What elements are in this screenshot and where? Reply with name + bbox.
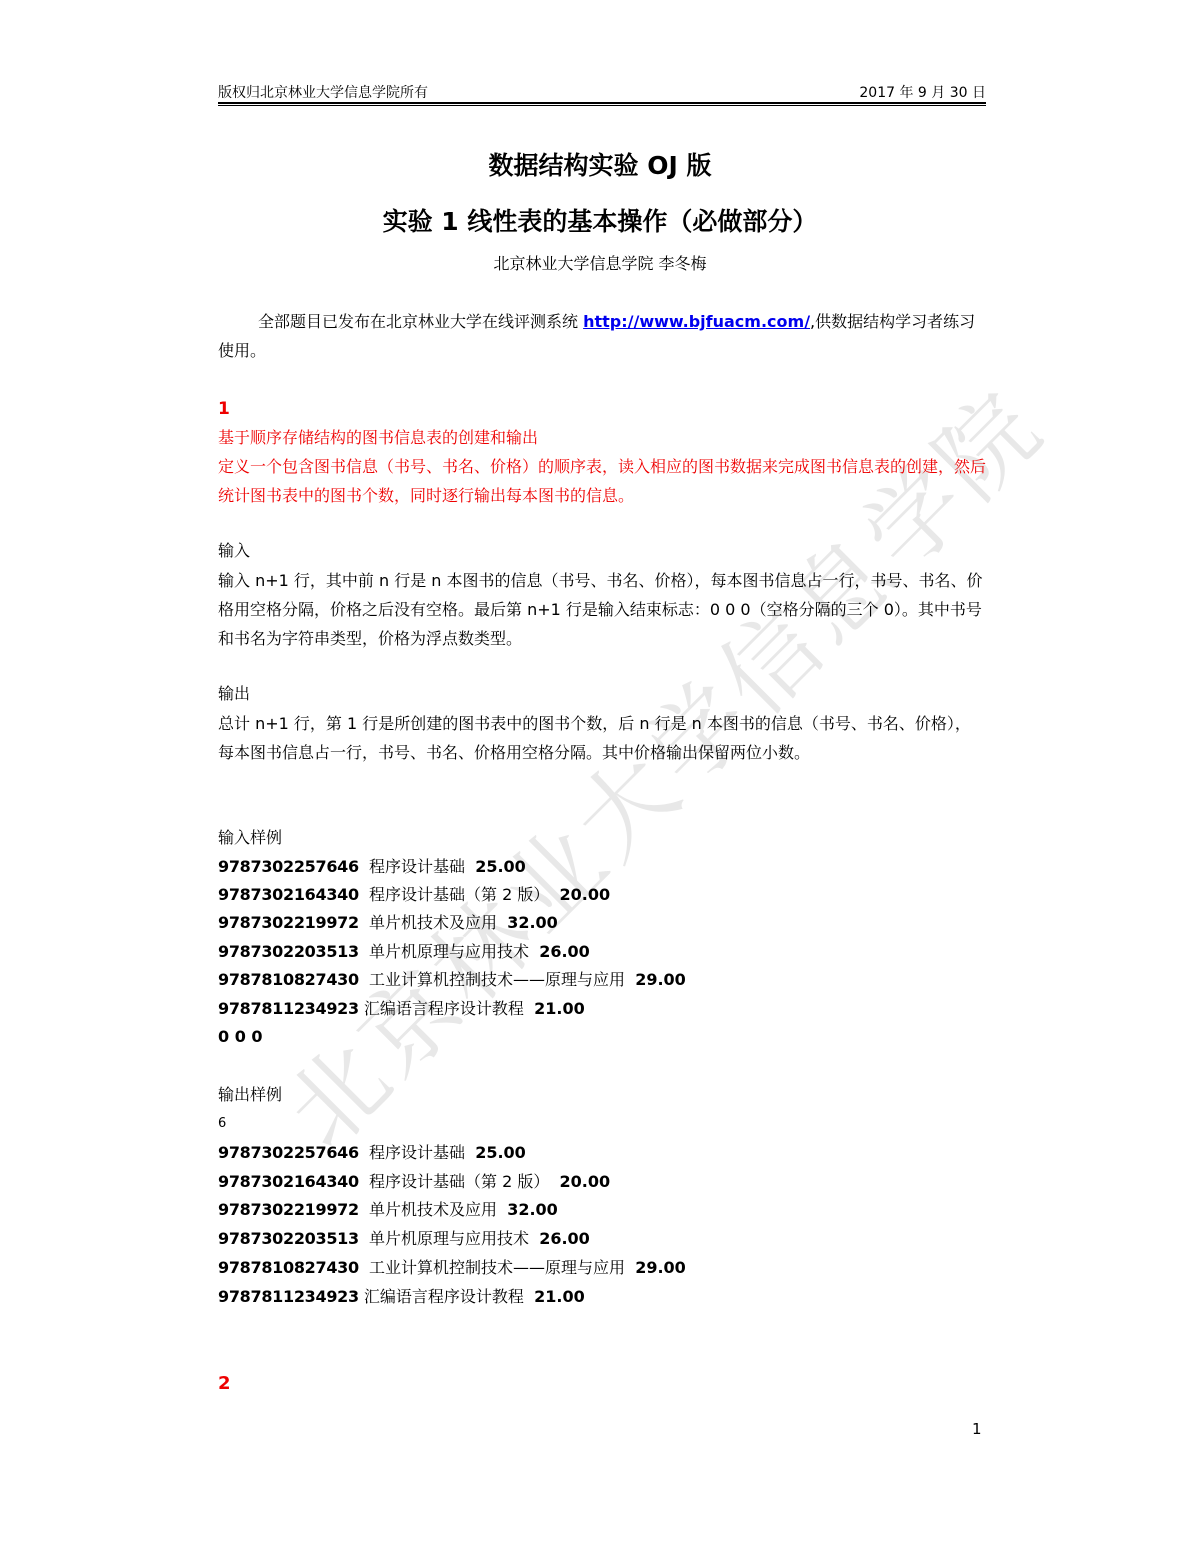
- price: 29.00: [635, 1258, 686, 1277]
- isbn: 9787302203513: [218, 942, 359, 961]
- price: 26.00: [539, 942, 590, 961]
- header-date: 2017 年 9 月 30 日: [859, 82, 986, 102]
- page-number: 1: [972, 1420, 982, 1438]
- price: 21.00: [534, 1287, 585, 1306]
- header-rule: [218, 102, 986, 104]
- header-rule-thin: [218, 105, 986, 106]
- isbn: 9787302219972: [218, 913, 359, 932]
- isbn: 9787810827430: [218, 970, 359, 989]
- sample-output-count: 6: [218, 1110, 226, 1138]
- sample-input-row: 9787302257646 程序设计基础 25.00: [218, 853, 526, 881]
- isbn: 9787302219972: [218, 1200, 359, 1219]
- input-heading: 输入: [218, 537, 250, 565]
- intro-text: 全部题目已发布在北京林业大学在线评测系统: [258, 312, 583, 331]
- sample-output-row: 9787811234923 汇编语言程序设计教程 21.00: [218, 1283, 585, 1311]
- book-title: 程序设计基础: [369, 1143, 465, 1162]
- problem-name: 基于顺序存储结构的图书信息表的创建和输出: [218, 424, 538, 452]
- sample-output-row: 9787302257646 程序设计基础 25.00: [218, 1139, 526, 1167]
- sample-input-heading: 输入样例: [218, 824, 282, 852]
- sample-input-row: 9787810827430 工业计算机控制技术——原理与应用 29.00: [218, 966, 686, 994]
- price: 25.00: [475, 857, 526, 876]
- price: 21.00: [534, 999, 585, 1018]
- document-page: 北京林业大学信息学院 版权归北京林业大学信息学院所有 2017 年 9 月 30…: [0, 0, 1200, 1553]
- sample-input-row: 9787811234923 汇编语言程序设计教程 21.00: [218, 995, 585, 1023]
- sample-output-row: 9787810827430 工业计算机控制技术——原理与应用 29.00: [218, 1254, 686, 1282]
- isbn: 9787302203513: [218, 1229, 359, 1248]
- sample-output-row: 9787302164340 程序设计基础（第 2 版） 20.00: [218, 1168, 610, 1196]
- book-title: 汇编语言程序设计教程: [364, 999, 524, 1018]
- header-copyright: 版权归北京林业大学信息学院所有: [218, 82, 428, 102]
- sample-input-row: 9787302164340 程序设计基础（第 2 版） 20.00: [218, 881, 610, 909]
- book-title: 单片机技术及应用: [369, 913, 497, 932]
- isbn: 9787302164340: [218, 1172, 359, 1191]
- book-title: 单片机原理与应用技术: [369, 1229, 529, 1248]
- book-title: 单片机原理与应用技术: [369, 942, 529, 961]
- book-title: 单片机技术及应用: [369, 1200, 497, 1219]
- output-description: 总计 n+1 行，第 1 行是所创建的图书表中的图书个数，后 n 行是 n 本图…: [218, 709, 986, 767]
- problem-2-number: 2: [218, 1373, 231, 1394]
- author-line: 北京林业大学信息学院 李冬梅: [0, 251, 1200, 274]
- isbn: 9787811234923: [218, 1287, 359, 1306]
- price: 29.00: [635, 970, 686, 989]
- price: 26.00: [539, 1229, 590, 1248]
- price: 20.00: [560, 885, 611, 904]
- book-title: 程序设计基础（第 2 版）: [369, 1172, 549, 1191]
- input-description: 输入 n+1 行，其中前 n 行是 n 本图书的信息（书号、书名、价格），每本图…: [218, 566, 986, 653]
- problem-number: 1: [218, 395, 230, 423]
- page-header: 版权归北京林业大学信息学院所有 2017 年 9 月 30 日: [218, 78, 986, 102]
- book-title: 程序设计基础（第 2 版）: [369, 885, 549, 904]
- sample-output-row: 9787302219972 单片机技术及应用 32.00: [218, 1196, 558, 1224]
- price: 25.00: [475, 1143, 526, 1162]
- isbn: 9787302164340: [218, 885, 359, 904]
- sample-input-row: 9787302203513 单片机原理与应用技术 26.00: [218, 938, 590, 966]
- intro-paragraph: 全部题目已发布在北京林业大学在线评测系统 http://www.bjfuacm.…: [218, 307, 986, 365]
- output-heading: 输出: [218, 680, 250, 708]
- price: 32.00: [507, 913, 558, 932]
- book-title: 工业计算机控制技术——原理与应用: [369, 970, 625, 989]
- book-title: 汇编语言程序设计教程: [364, 1287, 524, 1306]
- sample-output-heading: 输出样例: [218, 1081, 282, 1109]
- isbn: 9787302257646: [218, 1143, 359, 1162]
- isbn: 9787811234923: [218, 999, 359, 1018]
- sample-input-end: 0 0 0: [218, 1023, 263, 1051]
- book-title: 程序设计基础: [369, 857, 465, 876]
- experiment-title: 实验 1 线性表的基本操作（必做部分）: [0, 202, 1200, 238]
- price: 20.00: [560, 1172, 611, 1191]
- oj-link[interactable]: http://www.bjfuacm.com/: [583, 312, 810, 331]
- problem-description: 定义一个包含图书信息（书号、书名、价格）的顺序表，读入相应的图书数据来完成图书信…: [218, 452, 986, 510]
- book-title: 工业计算机控制技术——原理与应用: [369, 1258, 625, 1277]
- sample-input-row: 9787302219972 单片机技术及应用 32.00: [218, 909, 558, 937]
- sample-output-row: 9787302203513 单片机原理与应用技术 26.00: [218, 1225, 590, 1253]
- document-title: 数据结构实验 OJ 版: [0, 146, 1200, 182]
- watermark: 北京林业大学信息学院: [251, 404, 1020, 1173]
- price: 32.00: [507, 1200, 558, 1219]
- isbn: 9787302257646: [218, 857, 359, 876]
- isbn: 9787810827430: [218, 1258, 359, 1277]
